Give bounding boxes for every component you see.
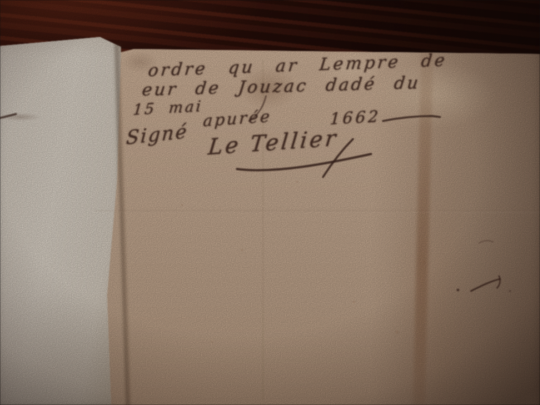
photo-frame: ordre qu ar Lempre de eur de Jouzac dadé… [0,0,540,405]
signed-label: Signé [125,121,188,150]
handwriting-line-3-word: apurée [202,107,272,131]
handwriting-block: ordre qu ar Lempre de eur de Jouzac dadé… [0,0,540,405]
handwriting-line-3-year: 1662 [330,107,382,129]
signature-le-tellier: Le Tellier [207,126,340,160]
photo-content: ordre qu ar Lempre de eur de Jouzac dadé… [0,0,540,405]
handwriting-line-3-day: 15 mai [132,97,203,119]
